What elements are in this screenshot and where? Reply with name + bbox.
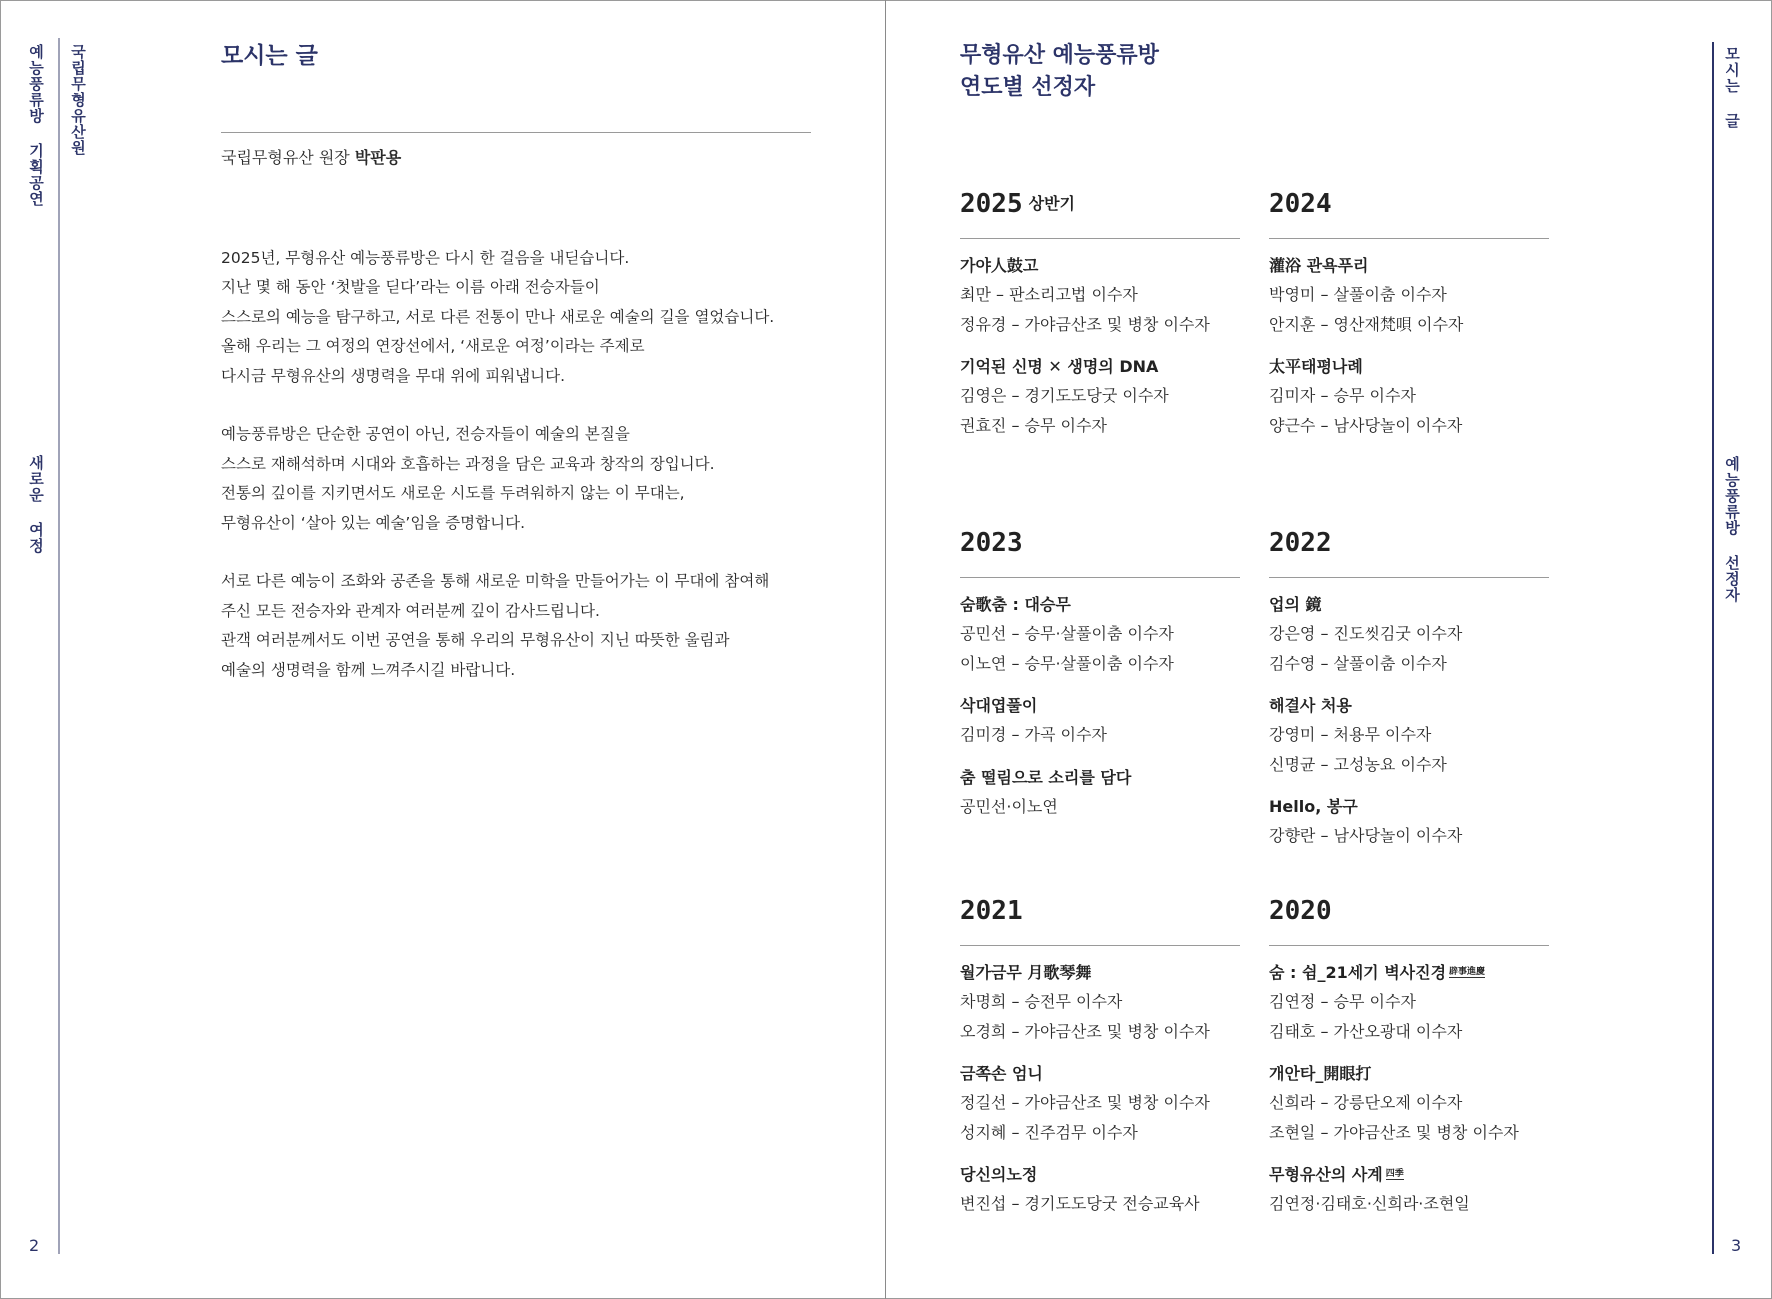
program: 개안타_開眼打 신희라 – 강릉단오제 이수자 조현일 – 가야금산조 및 병창… — [1269, 1059, 1549, 1147]
program: 灌浴 관욕푸리 박영미 – 살풀이춤 이수자 안지훈 – 영산재梵唄 이수자 — [1269, 251, 1549, 339]
year-divider — [960, 945, 1240, 946]
performer: 안지훈 – 영산재梵唄 이수자 — [1269, 310, 1549, 340]
org-label: 국립무형유산원 — [68, 44, 89, 156]
performer: 차명희 – 승전무 이수자 — [960, 987, 1240, 1017]
line: 서로 다른 예능이 조화와 공존을 통해 새로운 미학을 만들어가는 이 무대에… — [221, 567, 774, 596]
theme-label: 새로운 여정 — [26, 455, 47, 554]
year-heading: 2020 — [1269, 894, 1549, 928]
performer: 김태호 – 가산오광대 이수자 — [1269, 1017, 1549, 1047]
program-title: 가야人鼓고 — [960, 251, 1240, 280]
year-block-2020: 2020 숨 : 쉼_21세기 벽사진경辟事進慶 김연정 – 승무 이수자 김태… — [1269, 894, 1549, 1232]
paragraph: 2025년, 무형유산 예능풍류방은 다시 한 걸음을 내딛습니다. 지난 몇 … — [221, 244, 774, 391]
year-heading: 2021 — [960, 894, 1240, 928]
performer: 김수영 – 살풀이춤 이수자 — [1269, 649, 1549, 679]
performer: 성지혜 – 진주검무 이수자 — [960, 1118, 1240, 1148]
title-line: 무형유산 예능풍류방 — [960, 40, 1159, 72]
performer: 권효진 – 승무 이수자 — [960, 411, 1240, 441]
year-divider — [960, 577, 1240, 578]
program-title: 춤 떨림으로 소리를 담다 — [960, 763, 1240, 792]
program: 해결사 처용 강영미 – 처용무 이수자 신명균 – 고성농요 이수자 — [1269, 691, 1549, 779]
program-title: 월가금무 月歌琴舞 — [960, 958, 1240, 987]
section-label-top: 모시는 글 — [1722, 46, 1743, 129]
program: 월가금무 月歌琴舞 차명희 – 승전무 이수자 오경희 – 가야금산조 및 병창… — [960, 958, 1240, 1046]
year-block-2023: 2023 숨歌춤 : 대승무 공민선 – 승무·살풀이춤 이수자 이노연 – 승… — [960, 526, 1240, 834]
year-divider — [960, 238, 1240, 239]
series-label: 예능풍류방 기획공연 — [26, 44, 47, 207]
program: 숨 : 쉼_21세기 벽사진경辟事進慶 김연정 – 승무 이수자 김태호 – 가… — [1269, 958, 1549, 1046]
byline-name: 박판용 — [355, 148, 401, 167]
year-heading: 2024 — [1269, 187, 1549, 221]
year-block-2022: 2022 업의 鏡 강은영 – 진도씻김굿 이수자 김수영 – 살풀이춤 이수자… — [1269, 526, 1549, 864]
performer: 김연정 – 승무 이수자 — [1269, 987, 1549, 1017]
program: 삭대엽풀이 김미경 – 가곡 이수자 — [960, 691, 1240, 750]
line: 예술의 생명력을 함께 느껴주시길 바랍니다. — [221, 656, 774, 685]
hanja-annotation: 四季 — [1386, 1169, 1404, 1180]
program-title: 해결사 처용 — [1269, 691, 1549, 720]
performer: 박영미 – 살풀이춤 이수자 — [1269, 280, 1549, 310]
program-title: Hello, 봉구 — [1269, 792, 1549, 821]
line: 지난 몇 해 동안 ‘첫발을 딛다’라는 이름 아래 전승자들이 — [221, 273, 774, 302]
program-title: 개안타_開眼打 — [1269, 1059, 1549, 1088]
program: 금쪽손 엄니 정길선 – 가야금산조 및 병창 이수자 성지혜 – 진주검무 이… — [960, 1059, 1240, 1147]
margin-rule — [1712, 42, 1714, 1254]
program: Hello, 봉구 강향란 – 남사당놀이 이수자 — [1269, 792, 1549, 851]
performer: 강향란 – 남사당놀이 이수자 — [1269, 821, 1549, 851]
performer: 오경희 – 가야금산조 및 병창 이수자 — [960, 1017, 1240, 1047]
line: 올해 우리는 그 여정의 연장선에서, ‘새로운 여정’이라는 주제로 — [221, 332, 774, 361]
program-title: 삭대엽풀이 — [960, 691, 1240, 720]
performer: 정길선 – 가야금산조 및 병창 이수자 — [960, 1088, 1240, 1118]
program: 무형유산의 사계四季 김연정·김태호·신희라·조현일 — [1269, 1160, 1549, 1219]
performer: 김영은 – 경기도도당굿 이수자 — [960, 381, 1240, 411]
right-page: 무형유산 예능풍류방 연도별 선정자 모시는 글 예능풍류방 선정자 3 202… — [886, 0, 1772, 1299]
program: 가야人鼓고 최만 – 판소리고법 이수자 정유경 – 가야금산조 및 병창 이수… — [960, 251, 1240, 339]
line: 주신 모든 전승자와 관계자 여러분께 깊이 감사드립니다. — [221, 597, 774, 626]
program: 太平태평나례 김미자 – 승무 이수자 양근수 – 남사당놀이 이수자 — [1269, 352, 1549, 440]
performer: 강영미 – 처용무 이수자 — [1269, 720, 1549, 750]
line: 관객 여러분께서도 이번 공연을 통해 우리의 무형유산이 지닌 따뜻한 울림과 — [221, 626, 774, 655]
program-title: 무형유산의 사계四季 — [1269, 1160, 1549, 1189]
year-heading: 2025상반기 — [960, 187, 1240, 221]
program: 업의 鏡 강은영 – 진도씻김굿 이수자 김수영 – 살풀이춤 이수자 — [1269, 590, 1549, 678]
year-heading: 2023 — [960, 526, 1240, 560]
letter-body: 2025년, 무형유산 예능풍류방은 다시 한 걸음을 내딛습니다. 지난 몇 … — [221, 244, 774, 714]
year-heading: 2022 — [1269, 526, 1549, 560]
page-title: 무형유산 예능풍류방 연도별 선정자 — [960, 40, 1159, 104]
section-label-bottom: 예능풍류방 선정자 — [1722, 456, 1743, 603]
program-title: 기억된 신명 ✕ 생명의 DNA — [960, 352, 1240, 381]
performer: 변진섭 – 경기도도당굿 전승교육사 — [960, 1189, 1240, 1219]
program-title: 금쪽손 엄니 — [960, 1059, 1240, 1088]
year-block-2024: 2024 灌浴 관욕푸리 박영미 – 살풀이춤 이수자 안지훈 – 영산재梵唄 … — [1269, 187, 1549, 453]
page-number: 3 — [1731, 1236, 1741, 1255]
year-block-2021: 2021 월가금무 月歌琴舞 차명희 – 승전무 이수자 오경희 – 가야금산조… — [960, 894, 1240, 1232]
title-divider — [221, 132, 811, 133]
page-number: 2 — [29, 1236, 39, 1255]
program: 기억된 신명 ✕ 생명의 DNA 김영은 – 경기도도당굿 이수자 권효진 – … — [960, 352, 1240, 440]
byline: 국립무형유산 원장 박판용 — [221, 145, 401, 168]
program-title: 太平태평나례 — [1269, 352, 1549, 381]
line: 무형유산이 ‘살아 있는 예술’임을 증명합니다. — [221, 509, 774, 538]
margin-rule — [58, 38, 60, 1254]
performer: 최만 – 판소리고법 이수자 — [960, 280, 1240, 310]
byline-role: 국립무형유산 원장 — [221, 148, 350, 167]
line: 전통의 깊이를 지키면서도 새로운 시도를 두려워하지 않는 이 무대는, — [221, 479, 774, 508]
year-block-2025: 2025상반기 가야人鼓고 최만 – 판소리고법 이수자 정유경 – 가야금산조… — [960, 187, 1240, 453]
program-title: 숨歌춤 : 대승무 — [960, 590, 1240, 619]
performer: 조현일 – 가야금산조 및 병창 이수자 — [1269, 1118, 1549, 1148]
program-title: 숨 : 쉼_21세기 벽사진경辟事進慶 — [1269, 958, 1549, 987]
performer: 공민선·이노연 — [960, 792, 1240, 822]
performer: 신명균 – 고성농요 이수자 — [1269, 750, 1549, 780]
line: 스스로 재해석하며 시대와 호흡하는 과정을 담은 교육과 창작의 장입니다. — [221, 450, 774, 479]
program: 숨歌춤 : 대승무 공민선 – 승무·살풀이춤 이수자 이노연 – 승무·살풀이… — [960, 590, 1240, 678]
program-title: 당신의노정 — [960, 1160, 1240, 1189]
performer: 강은영 – 진도씻김굿 이수자 — [1269, 619, 1549, 649]
line: 스스로의 예능을 탐구하고, 서로 다른 전통이 만나 새로운 예술의 길을 열… — [221, 303, 774, 332]
line: 예능풍류방은 단순한 공연이 아닌, 전승자들이 예술의 본질을 — [221, 420, 774, 449]
paragraph: 서로 다른 예능이 조화와 공존을 통해 새로운 미학을 만들어가는 이 무대에… — [221, 567, 774, 685]
program-title: 灌浴 관욕푸리 — [1269, 251, 1549, 280]
program: 춤 떨림으로 소리를 담다 공민선·이노연 — [960, 763, 1240, 822]
performer: 정유경 – 가야금산조 및 병창 이수자 — [960, 310, 1240, 340]
performer: 이노연 – 승무·살풀이춤 이수자 — [960, 649, 1240, 679]
left-page: 예능풍류방 기획공연 새로운 여정 국립무형유산원 2 모시는 글 국립무형유산… — [0, 0, 885, 1299]
hanja-annotation: 辟事進慶 — [1449, 967, 1485, 978]
performer: 공민선 – 승무·살풀이춤 이수자 — [960, 619, 1240, 649]
page-title: 모시는 글 — [221, 40, 318, 72]
paragraph: 예능풍류방은 단순한 공연이 아닌, 전승자들이 예술의 본질을 스스로 재해석… — [221, 420, 774, 538]
line: 2025년, 무형유산 예능풍류방은 다시 한 걸음을 내딛습니다. — [221, 244, 774, 273]
program: 당신의노정 변진섭 – 경기도도당굿 전승교육사 — [960, 1160, 1240, 1219]
performer: 김미자 – 승무 이수자 — [1269, 381, 1549, 411]
year-divider — [1269, 945, 1549, 946]
year-divider — [1269, 238, 1549, 239]
performer: 김미경 – 가곡 이수자 — [960, 720, 1240, 750]
year-divider — [1269, 577, 1549, 578]
title-line: 연도별 선정자 — [960, 72, 1159, 104]
performer: 신희라 – 강릉단오제 이수자 — [1269, 1088, 1549, 1118]
performer: 김연정·김태호·신희라·조현일 — [1269, 1189, 1549, 1219]
performer: 양근수 – 남사당놀이 이수자 — [1269, 411, 1549, 441]
program-title: 업의 鏡 — [1269, 590, 1549, 619]
line: 다시금 무형유산의 생명력을 무대 위에 피워냅니다. — [221, 362, 774, 391]
